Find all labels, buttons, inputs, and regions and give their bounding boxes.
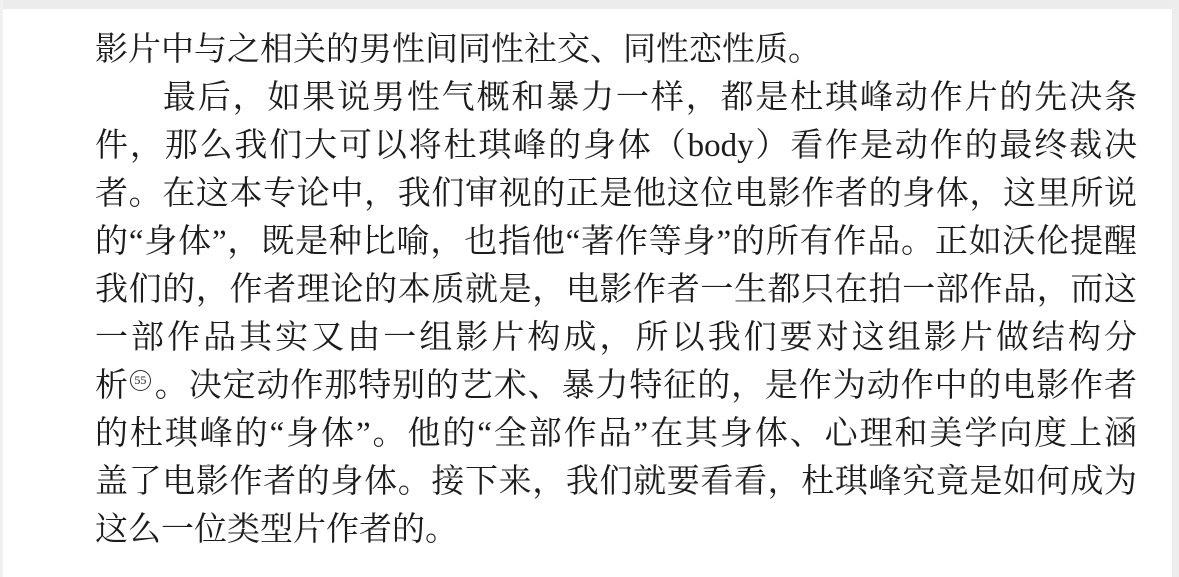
line-text: 。决定动作那特别的艺术、暴力特征的，是作为动作中的电影作者 [154, 368, 1137, 404]
line-text: 最后，如果说男性气概和暴力一样，都是杜琪峰动作片的先决条 [161, 80, 1137, 116]
text-line: 影片中与之相关的男性间同性社交、同性恋性质。 [95, 26, 1137, 74]
text-line: 件，那么我们大可以将杜琪峰的身体（body）看作是动作的最终裁决 [95, 122, 1137, 170]
page-left-edge [0, 0, 3, 577]
page-text: 影片中与之相关的男性间同性社交、同性恋性质。 最后，如果说男性气概和暴力一样，都… [95, 26, 1137, 554]
text-line: 一部作品其实又由一组影片构成，所以我们要对这组影片做结构分 [95, 314, 1137, 362]
text-line: 这么一位类型片作者的。 [95, 506, 1137, 554]
text-line: 的“身体”，既是种比喻，也指他“著作等身”的所有作品。正如沃伦提醒 [95, 218, 1137, 266]
page-top-edge [0, 0, 1179, 9]
scan-artifact-dot [207, 464, 210, 467]
document-page: 影片中与之相关的男性间同性社交、同性恋性质。 最后，如果说男性气概和暴力一样，都… [0, 0, 1179, 577]
text-line: 析55。决定动作那特别的艺术、暴力特征的，是作为动作中的电影作者 [95, 362, 1137, 410]
text-line: 我们的，作者理论的本质就是，电影作者一生都只在拍一部作品，而这 [95, 266, 1137, 314]
line-text: 析 [95, 368, 129, 404]
text-line: 者。在这本专论中，我们审视的正是他这位电影作者的身体，这里所说 [95, 170, 1137, 218]
page-right-edge [1172, 0, 1179, 577]
text-line: 的杜琪峰的“身体”。他的“全部作品”在其身体、心理和美学向度上涵 [95, 410, 1137, 458]
footnote-marker: 55 [130, 370, 151, 391]
text-line: 盖了电影作者的身体。接下来，我们就要看看，杜琪峰究竟是如何成为 [95, 458, 1137, 506]
text-line: 最后，如果说男性气概和暴力一样，都是杜琪峰动作片的先决条 [95, 74, 1137, 122]
